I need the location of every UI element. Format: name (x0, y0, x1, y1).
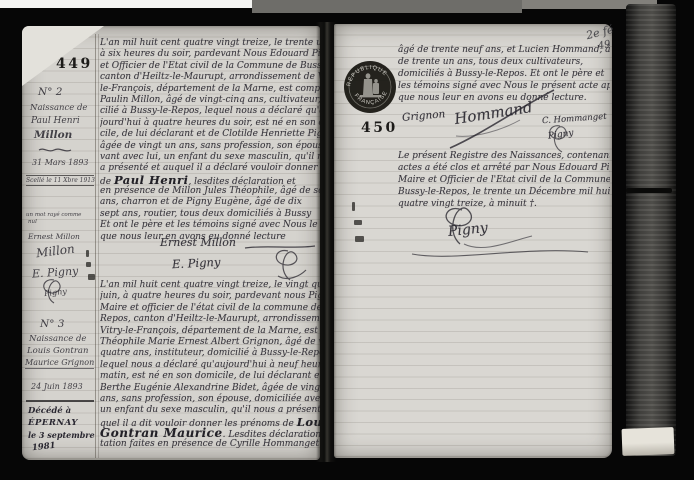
child-name-gontran-maurice: Gontran Maurice (100, 426, 223, 440)
handwriting-line: lequel nous a déclaré qu'aujourd'hui à n… (100, 360, 320, 371)
signature-ernest-millon: Ernest Millon (160, 236, 236, 249)
margin-act3-title-line3: Maurice Grignon (25, 358, 94, 369)
handwriting-line: ans, charron et de Pigny Eugène, âgé de … (100, 197, 320, 208)
handwriting-line: Le présent Registre des Naissances, cont… (398, 150, 610, 162)
handwriting-line: Paulin Millon, âgé de vingt-cinq ans, cu… (100, 95, 320, 106)
margin-title-line2: Paul Henri (31, 116, 80, 126)
handwriting-line-child-name: de Paul Henri, lesdites déclaration et (100, 175, 320, 186)
margin-date: 31 Mars 1893 (32, 158, 89, 167)
handwriting-line: de trente un ans, tous deux cultivateurs… (398, 56, 610, 68)
handwriting-line-child-name: Gontran Maurice. Lesdites déclarations e… (100, 428, 320, 439)
handwriting-line: et Officier de l'Etat civil de la Commun… (100, 61, 320, 72)
ink-mark (355, 236, 364, 242)
ink-mark (86, 262, 91, 267)
handwriting-line: canton d'Heiltz-le-Maurupt, arrondisseme… (100, 72, 320, 83)
handwriting-line: jourd'hui à quatre heures du soir, est n… (100, 118, 320, 129)
handwriting-line: Et ont le père et les témoins signé avec… (100, 220, 320, 231)
handwriting-line: L'an mil huit cent quatre vingt treize, … (100, 280, 320, 291)
margin-title-line3: Millon (34, 129, 72, 141)
margin-act3-title-line2: Louis Gontran (27, 346, 88, 356)
margin-act-number: N° 2 (38, 86, 62, 98)
handwriting-line: Théophile Marie Ernest Albert Grignon, â… (100, 337, 320, 348)
top-shadow-strip (252, 0, 522, 13)
handwriting-line: quatre ans, instituteur, domicilié à Bus… (100, 348, 320, 359)
handwriting-line: actes a été clos et arrêté par Nous Edou… (398, 162, 610, 174)
handwriting-line: cile, de lui déclarant et de Clotilde He… (100, 129, 320, 140)
handwriting-line: en présence de Millon Jules Théophile, â… (100, 186, 320, 197)
handwriting-line: domiciliés à Bussy-le-Repos. Et ont le p… (398, 68, 610, 80)
margin-paraph-flourish (36, 276, 72, 306)
closing-signature-flourish (404, 196, 594, 266)
handwriting-line: tation faites en présence de Cyrille Hom… (100, 439, 320, 450)
handwriting-line: à six heures du soir, pardevant Nous Edo… (100, 49, 320, 60)
margin-act3-date: 24 Juin 1893 (31, 382, 83, 391)
handwriting-line: âgé de trente neuf ans, et Lucien Homman… (398, 44, 610, 56)
handwriting-line: Vitry-le-François, département de la Mar… (100, 326, 320, 337)
margin-rule-2 (98, 34, 99, 458)
margin-death-note-line3: le 3 septembre (28, 430, 95, 440)
handwriting-line: ans, sans profession, son épouse, domici… (100, 394, 320, 405)
margin-erasure-note-line2: nul (28, 219, 37, 225)
right-page: 2e fé 49 RÉPUBLIQUE FRANÇAISE 450 (334, 24, 612, 458)
handwriting-line: Maire et officier de l'état civil de la … (100, 303, 320, 314)
page-number-450: 450 (361, 120, 398, 136)
scanner-bed-strip (0, 0, 252, 8)
margin-death-note-line2: ÉPERNAY (28, 418, 78, 428)
handwriting-line: un enfant du sexe masculin, qu'il nous a… (100, 405, 320, 416)
signature-paraph (268, 246, 310, 284)
scanned-register-photo: 449 N° 2 Naissance de Paul Henri Millon … (0, 0, 694, 480)
republique-francaise-stamp: RÉPUBLIQUE FRANÇAISE (342, 59, 398, 115)
pencil-note-line1: 2e fé (585, 23, 615, 42)
ink-mark (354, 220, 362, 225)
signature-e-pigny: E. Pigny (172, 255, 221, 272)
handwriting-line: juin, à quatre heures du soir, pardevant… (100, 291, 320, 302)
page-number-449: 449 (56, 56, 93, 72)
act3-text-block: L'an mil huit cent quatre vingt treize, … (100, 280, 320, 452)
fore-edge-crack (626, 188, 672, 193)
signature-grignon: Grignon (402, 108, 446, 124)
handwriting-line: vant avec lui, un enfant du sexe masculi… (100, 152, 320, 163)
book-gutter (316, 22, 336, 462)
margin-sealed-note: Scellé le 11 Xbre 1913 (26, 175, 94, 186)
margin-signature-ernest-millon: Ernest Millon (28, 232, 80, 241)
act2-text-block: L'an mil huit cent quatre vingt treize, … (100, 38, 320, 246)
handwriting-line: cilié à Bussy-le-Repos, lequel nous a dé… (100, 106, 320, 117)
handwriting-line: sept ans, routier, tous deux domiciliés … (100, 209, 320, 220)
margin-act3-number: N° 3 (40, 318, 64, 330)
margin-signature-millon: Millon (35, 242, 75, 261)
margin-erasure-note-line1: un mot rayé comme (26, 212, 81, 218)
ink-mark (88, 274, 95, 280)
handwriting-line: L'an mil huit cent quatre vingt treize, … (100, 38, 320, 49)
margin-rule (95, 34, 96, 458)
margin-act3-title-line1: Naissance de (29, 334, 86, 344)
margin-squiggle (38, 146, 72, 154)
margin-death-note-line4: 1981 (32, 441, 57, 453)
handwriting-line: Berthe Eugénie Alexandrine Bidet, âgée d… (100, 383, 320, 394)
handwriting-line: Repos, canton d'Heiltz-le-Maurupt, arron… (100, 314, 320, 325)
ink-mark (352, 202, 355, 211)
book-fore-edge (626, 4, 676, 456)
handwriting-line: Maire et Officier de l'Etat civil de la … (398, 174, 610, 186)
margin-title-line1: Naissance de (30, 103, 87, 113)
handwriting-line: âgée de vingt un ans, sans profession, s… (100, 141, 320, 152)
ink-mark (86, 250, 89, 257)
handwriting-line: matin, est né en son domicile, de lui dé… (100, 371, 320, 382)
bookmark-tab (622, 427, 675, 456)
child-name-paul-henri: Paul Henri (114, 173, 189, 187)
left-page: 449 N° 2 Naissance de Paul Henri Millon … (22, 26, 320, 460)
margin-divider (26, 400, 94, 402)
handwriting-line: le-François, département de la Marne, es… (100, 84, 320, 95)
margin-death-note-line1: Décédé à (28, 406, 71, 416)
